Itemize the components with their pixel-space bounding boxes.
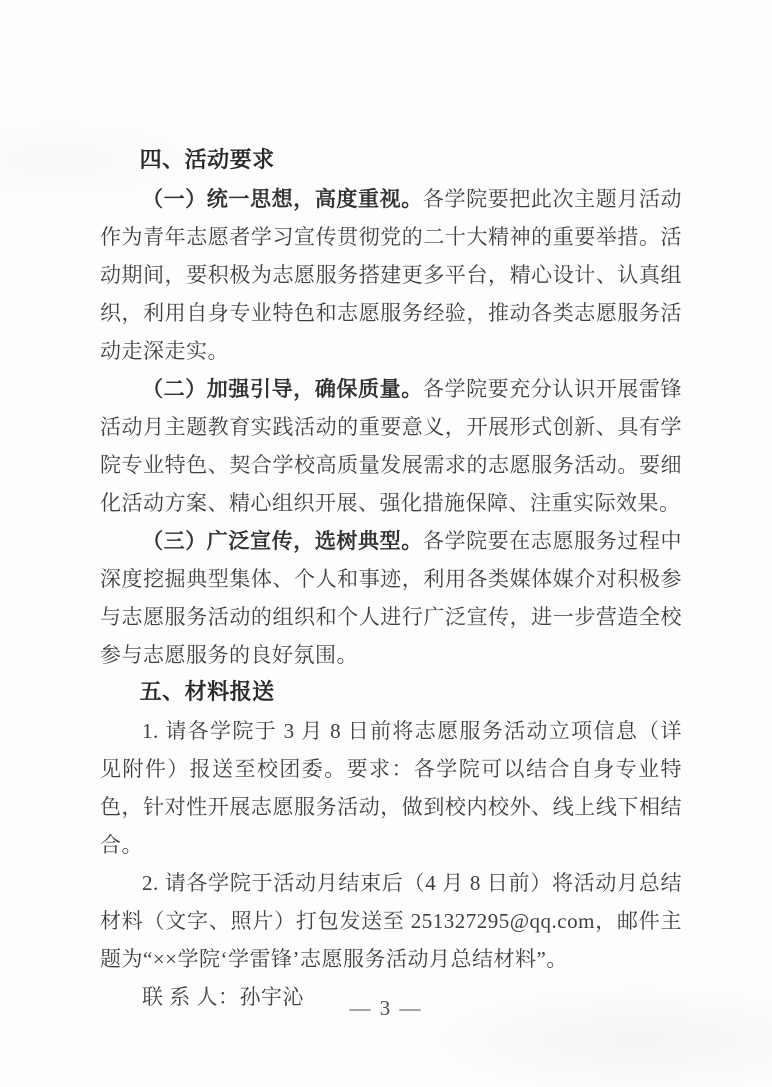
paragraph-strengthen-guidance: （二）加强引导，确保质量。各学院要充分认识开展雷锋活动月主题教育实践活动的重要意… <box>100 370 682 522</box>
paragraph-lead: （三）广泛宣传，选树典型。 <box>142 529 423 553</box>
paragraph-submission-item-1: 1. 请各学院于 3 月 8 日前将志愿服务活动立项信息（详见附件）报送至校团委… <box>100 712 682 864</box>
scanned-document-page: 四、活动要求 （一）统一思想，高度重视。各学院要把此次主题月活动作为青年志愿者学… <box>0 0 772 1087</box>
section-heading-material-submission: 五、材料报送 <box>100 674 682 712</box>
section-heading-activity-requirements: 四、活动要求 <box>100 142 682 180</box>
paragraph-lead: （一）统一思想，高度重视。 <box>142 187 423 211</box>
paragraph-wide-publicity: （三）广泛宣传，选树典型。各学院要在志愿服务过程中深度挖掘典型集体、个人和事迹，… <box>100 522 682 674</box>
paragraph-lead: （二）加强引导，确保质量。 <box>142 377 423 401</box>
page-number: — 3 — <box>0 994 772 1022</box>
paragraph-body: 各学院要把此次主题月活动作为青年志愿者学习宣传贯彻党的二十大精神的重要举措。活动… <box>100 187 682 363</box>
paragraph-submission-item-2: 2. 请各学院于活动月结束后（4 月 8 日前）将活动月总结材料（文字、照片）打… <box>100 864 682 978</box>
paragraph-unify-thinking: （一）统一思想，高度重视。各学院要把此次主题月活动作为青年志愿者学习宣传贯彻党的… <box>100 180 682 370</box>
document-text-block: 四、活动要求 （一）统一思想，高度重视。各学院要把此次主题月活动作为青年志愿者学… <box>100 142 682 1016</box>
